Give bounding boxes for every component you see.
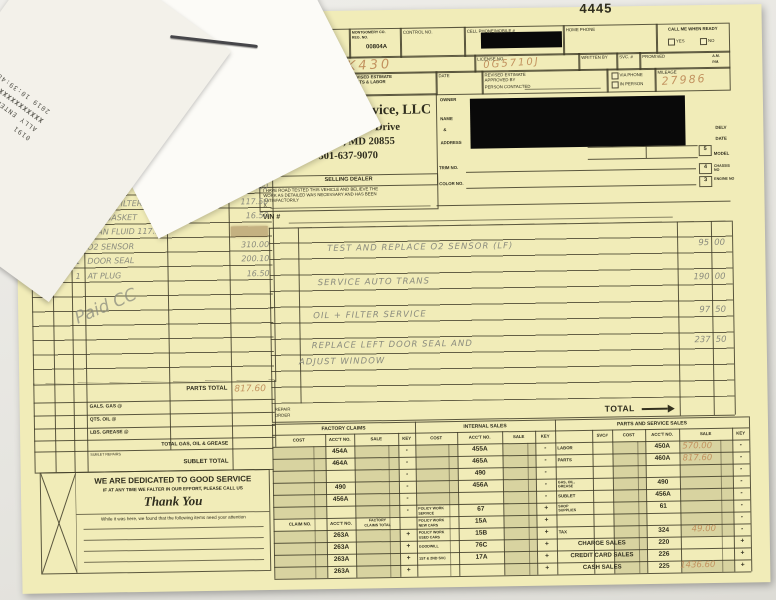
part-qty: 1 <box>72 272 85 281</box>
box-3: 3 <box>699 176 712 187</box>
factory-acct: 454A <box>325 449 354 456</box>
factory-claims-title: FACTORY CLAIMS <box>272 425 415 433</box>
pss-label: LABOR <box>557 445 572 450</box>
owner-info-redaction <box>470 95 686 148</box>
internal-key: + <box>537 553 557 560</box>
pss-acct: 220 <box>647 539 681 546</box>
service-dollars: 95 <box>679 238 709 248</box>
part-price: 200.10 <box>230 254 269 264</box>
receipt-text: 0191 ALLY ENTERED XXXXXXXXXXXX8587 2019 … <box>0 61 53 143</box>
pss-sale-value: 817.60 <box>682 453 712 463</box>
internal-key: - <box>535 445 555 452</box>
pss-key: - <box>733 478 750 485</box>
pss-key: - <box>733 514 750 521</box>
reg-label-1: MONTGOMERY CO. <box>352 30 386 35</box>
appr-label-2: APPROVED BY <box>485 77 516 83</box>
owner-label: OWNER <box>440 97 457 102</box>
claim-acct-header: ACC'T NO. <box>326 521 355 527</box>
grease-label: LBS. GREASE @ <box>90 430 129 436</box>
internal-acct: 67 <box>458 506 503 513</box>
pss-acct: 460A <box>645 456 679 463</box>
color-label: COLOR NO. <box>439 181 463 187</box>
claim-key: + <box>400 568 417 575</box>
in-person-checkbox <box>612 81 619 88</box>
internal-label: USED CARS <box>419 535 459 540</box>
internal-label: POLICY WORK <box>419 530 459 535</box>
via-phone-label: VIA PHONE <box>619 72 642 78</box>
internal-label: SERVICE <box>418 511 458 516</box>
claim-acct: 263A <box>327 557 356 564</box>
promised-label: PROMISED <box>642 54 665 60</box>
factory-key: - <box>399 508 416 515</box>
internal-acct: 455A <box>457 446 502 453</box>
pss-acct: 226 <box>647 551 681 558</box>
pss-acct: 490 <box>646 480 680 487</box>
part-desc: O2 SENSOR <box>87 242 134 252</box>
col-header-acct: ACC'T NO. <box>325 437 354 443</box>
pss-acct: 450A <box>645 444 679 451</box>
pss-key: + <box>734 562 751 569</box>
internal-key: - <box>536 481 556 488</box>
pss-label: SUBLET <box>558 493 575 498</box>
service-desc: SERVICE AUTO TRANS <box>318 276 430 288</box>
claim-acct: 263A <box>327 545 356 552</box>
internal-key: + <box>536 505 556 512</box>
reg-value: 00804A <box>366 44 387 52</box>
internal-key: - <box>536 493 556 500</box>
factory-acct: 490 <box>326 485 355 492</box>
factory-key: - <box>399 460 416 467</box>
internal-acct: 17A <box>459 554 504 561</box>
am-label: A.M. <box>712 54 720 58</box>
service-dollars: 237 <box>681 335 711 345</box>
col-header-key: KEY <box>398 436 415 441</box>
chassis-label: CHASSIS NO <box>714 164 736 173</box>
claim-acct: 263A <box>327 569 356 576</box>
pss-key: - <box>733 466 750 473</box>
pss-label: TAX <box>559 529 567 534</box>
mileage-field: MILEAGE 27986 <box>654 67 730 92</box>
factory-total-header-2: CLAIMS TOTAL <box>356 523 400 528</box>
pss-label-wide: CASH SALES <box>557 564 647 573</box>
pss-label-wide: CREDIT CARD SALES <box>557 552 647 561</box>
claim-key: + <box>400 532 417 539</box>
col-header-acct: ACC'T NO. <box>457 434 502 440</box>
pledge-block: WE ARE DEDICATED TO GOOD SERVICE IF AT A… <box>40 469 272 575</box>
approved-by-field: REVISED ESTIMATE APPROVED BY PERSON CONT… <box>481 69 608 95</box>
model-label: MODEL <box>714 151 730 156</box>
engine-label: ENGINE NO <box>714 177 736 181</box>
internal-acct: 465A <box>458 458 503 465</box>
col-header-sale: SALE <box>502 434 535 440</box>
pss-label: SHOP SUPPLIES <box>558 504 584 513</box>
address-label: ADDRESS <box>441 140 462 145</box>
yes-label: YES <box>676 38 685 43</box>
repair-order-label-1: REPAIR <box>275 407 291 412</box>
factory-key: - <box>399 496 416 503</box>
pss-key: + <box>734 538 751 545</box>
factory-key: - <box>399 472 416 479</box>
internal-key: - <box>536 457 556 464</box>
internal-label: POLICY WORK <box>418 518 458 523</box>
pss-key: - <box>733 502 750 509</box>
pss-acct: 456A <box>646 491 680 498</box>
contact-method-field: VIA PHONE IN PERSON <box>606 68 656 93</box>
col-header-cost: COST <box>612 432 645 438</box>
pss-key: - <box>733 490 750 497</box>
parts-total-value: 817.60 <box>234 384 266 394</box>
box-5: 5 <box>699 145 712 156</box>
internal-label: NEW CARS <box>419 523 459 528</box>
call-ready-label: CALL ME WHEN READY <box>657 26 729 32</box>
pss-key: + <box>734 550 751 557</box>
claim-key: + <box>400 556 417 563</box>
internal-key: + <box>537 529 557 536</box>
date2-field: DATE <box>435 71 483 96</box>
no-checkbox <box>700 38 707 45</box>
total-arrow-line <box>642 408 668 410</box>
service-cents: 00 <box>714 238 725 248</box>
parts-total-label: PARTS TOTAL <box>119 386 227 395</box>
written-by-label: WRITTEN BY <box>581 55 608 61</box>
thank-you-text: Thank You <box>79 492 267 511</box>
internal-acct: 490 <box>458 470 503 477</box>
total-gas-label: TOTAL GAS, OIL & GREASE <box>100 441 228 449</box>
reg-label-2: REG. NO. <box>352 35 368 39</box>
cell-phone-redaction <box>481 31 562 48</box>
col-header-cost: COST <box>415 435 457 441</box>
pss-acct: 324 <box>647 527 681 534</box>
pss-sale-value: 1436.60 <box>680 560 715 571</box>
call-me-when-ready-field: CALL ME WHEN READY YES NO <box>656 23 730 54</box>
col-header-key: KEY <box>732 430 749 435</box>
trim-label: TRIM NO. <box>439 165 458 170</box>
pss-acct: 225 <box>647 563 681 570</box>
repair-order-label-2: ORDER <box>275 413 291 418</box>
delv-date-label: DATE <box>715 136 726 141</box>
internal-key: - <box>536 469 556 476</box>
service-cents: 50 <box>715 305 726 315</box>
doc-number: 4445 <box>579 1 612 17</box>
via-phone-checkbox <box>611 72 618 79</box>
oil-label: QTS. OIL @ <box>90 417 117 422</box>
part-desc: DOOR SEAL <box>87 256 134 266</box>
reg-no-field: MONTGOMERY CO. REG. NO. 00804A <box>349 28 402 59</box>
sublet-total-label: SUBLET TOTAL <box>120 459 228 468</box>
name-label: NAME <box>440 116 453 121</box>
col-header-svc: SVC# <box>592 433 612 438</box>
yes-checkbox <box>668 39 675 46</box>
pss-acct: 61 <box>646 503 680 510</box>
gas-label: GALS. GAS @ <box>90 404 122 410</box>
price-smudge <box>231 226 268 237</box>
pss-label-wide: CHARGE SALES <box>557 540 647 549</box>
internal-label: 1ST & 2ND SVC <box>419 556 459 561</box>
box-4: 4 <box>699 163 712 174</box>
home-phone-field: HOME PHONE <box>563 24 658 55</box>
in-person-label: IN PERSON <box>620 81 644 87</box>
service-dollars: 97 <box>680 305 710 315</box>
col-header-sale: SALE <box>354 436 398 442</box>
date2-label: DATE <box>438 73 449 78</box>
internal-sales-title: INTERNAL SALES <box>415 422 555 430</box>
col-header-cost: COST <box>272 437 325 443</box>
attention-text: While it was here, we found that the fol… <box>79 514 267 522</box>
ampersand-label: & <box>443 127 446 132</box>
factory-acct: 456A <box>326 497 355 504</box>
pss-key: - <box>734 526 751 533</box>
pss-label: PARTS <box>558 457 572 462</box>
service-dollars: 190 <box>680 272 710 282</box>
factory-key: - <box>399 484 416 491</box>
internal-key: + <box>537 541 557 548</box>
svc-label: SVC. # <box>619 54 633 59</box>
part-price: 310.00 <box>230 240 269 250</box>
pm-label: P.M. <box>712 60 719 64</box>
service-desc: OIL + FILTER SERVICE <box>313 309 427 321</box>
pss-sale-value: 570.00 <box>682 441 712 451</box>
part-price: 16.50 <box>231 269 270 279</box>
claim-acct: 263A <box>327 533 356 540</box>
total-arrow-head <box>668 405 675 413</box>
total-label: TOTAL <box>605 403 635 413</box>
factory-acct: 464A <box>326 461 355 468</box>
cell-phone-field: CELL PHONE/MOBILE # <box>464 25 565 57</box>
service-cents: 00 <box>715 272 726 282</box>
internal-acct: 15A <box>458 518 503 525</box>
pledge-line1: WE ARE DEDICATED TO GOOD SERVICE <box>79 474 267 486</box>
internal-acct: 76C <box>459 542 504 549</box>
part-price: 16.50 <box>230 211 269 221</box>
col-header-acct: ACC'T NO. <box>645 432 679 438</box>
service-desc2: ADJUST WINDOW <box>299 356 385 367</box>
pss-key: - <box>732 454 749 461</box>
factory-key: - <box>398 448 415 455</box>
control-no-field: CONTROL NO. <box>400 27 466 58</box>
pss-sale-value: 49.00 <box>692 524 716 534</box>
control-label: CONTROL NO. <box>403 29 433 35</box>
claim-key: + <box>400 544 417 551</box>
internal-label: POLICY WORK <box>418 506 458 511</box>
appr-label-3: PERSON CONTACTED <box>485 84 531 90</box>
internal-acct: 456A <box>458 482 503 489</box>
delv-label: DELV <box>715 125 726 130</box>
sublet-repairs-label: SUBLET REPAIRS <box>90 452 120 457</box>
col-header-key: KEY <box>535 433 555 438</box>
internal-key: + <box>537 565 557 572</box>
internal-key: + <box>536 517 556 524</box>
internal-label: GOODWILL <box>419 544 459 549</box>
internal-acct: 15B <box>459 530 504 537</box>
pss-label: GAS, OIL, GREASE <box>558 480 590 489</box>
pss-key: - <box>732 442 749 449</box>
claim-no-header: CLAIM NO. <box>273 521 326 527</box>
home-phone-label: HOME PHONE <box>566 27 595 33</box>
mileage-value: 27986 <box>661 72 707 88</box>
no-label: NO <box>708 38 715 43</box>
part-desc: AT PLUG <box>88 271 122 281</box>
x-box <box>41 473 78 574</box>
col-header-sale: SALE <box>679 431 732 437</box>
service-cents: 50 <box>716 335 727 345</box>
